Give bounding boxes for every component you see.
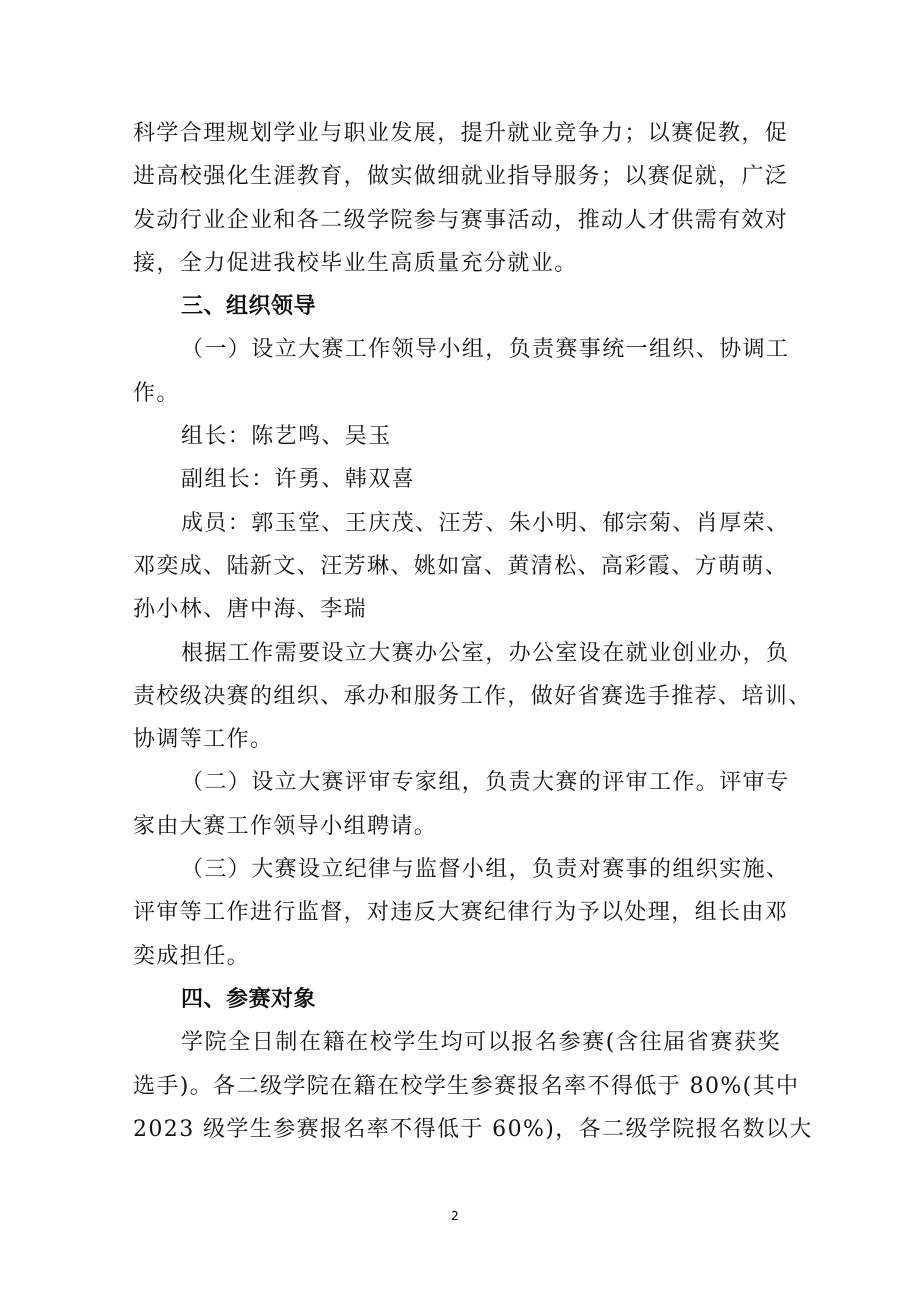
text-line: 进高校强化生涯教育，做实做细就业指导服务；以赛促就，广泛 <box>133 155 781 198</box>
text-line: 根据工作需要设立大赛办公室，办公室设在就业创业办，负 <box>133 632 781 675</box>
text-line: 作。 <box>133 372 781 415</box>
text-line: 选手)。各二级学院在籍在校学生参赛报名率不得低于 80%(其中 <box>133 1065 781 1108</box>
document-page: 科学合理规划学业与职业发展，提升就业竞争力；以赛促教，促 进高校强化生涯教育，做… <box>0 0 920 1302</box>
paragraph-intro-continued: 科学合理规划学业与职业发展，提升就业竞争力；以赛促教，促 进高校强化生涯教育，做… <box>133 112 781 285</box>
text-line: 评审等工作进行监督，对违反大赛纪律行为予以处理，组长由邓 <box>133 891 781 934</box>
text-line: 家由大赛工作领导小组聘请。 <box>133 805 781 848</box>
page-number: 2 <box>0 1209 910 1223</box>
text-line: 邓奕成、陆新文、汪芳琳、姚如富、黄清松、高彩霞、方萌萌、 <box>133 545 781 588</box>
text-line: （二）设立大赛评审专家组，负责大赛的评审工作。评审专 <box>133 761 781 804</box>
paragraph-deputy-leaders: 副组长：许勇、韩双喜 <box>133 458 781 501</box>
paragraph-leadership-group: （一）设立大赛工作领导小组，负责赛事统一组织、协调工 作。 <box>133 328 781 415</box>
text-line: 接，全力促进我校毕业生高质量充分就业。 <box>133 242 781 285</box>
section-heading-organization: 三、组织领导 <box>133 285 781 328</box>
section-heading-participants: 四、参赛对象 <box>133 978 781 1021</box>
text-line: 协调等工作。 <box>133 718 781 761</box>
text-line: （一）设立大赛工作领导小组，负责赛事统一组织、协调工 <box>133 328 781 371</box>
text-line: 学院全日制在籍在校学生均可以报名参赛(含往届省赛获奖 <box>133 1021 781 1064</box>
text-line: （三）大赛设立纪律与监督小组，负责对赛事的组织实施、 <box>133 848 781 891</box>
paragraph-supervision-group: （三）大赛设立纪律与监督小组，负责对赛事的组织实施、 评审等工作进行监督，对违反… <box>133 848 781 978</box>
paragraph-members: 成员：郭玉堂、王庆茂、汪芳、朱小明、郁宗菊、肖厚荣、 邓奕成、陆新文、汪芳琳、姚… <box>133 502 781 632</box>
paragraph-expert-panel: （二）设立大赛评审专家组，负责大赛的评审工作。评审专 家由大赛工作领导小组聘请。 <box>133 761 781 848</box>
document-body: 科学合理规划学业与职业发展，提升就业竞争力；以赛促教，促 进高校强化生涯教育，做… <box>133 112 781 1151</box>
paragraph-leaders: 组长：陈艺鸣、吴玉 <box>133 415 781 458</box>
text-line: 科学合理规划学业与职业发展，提升就业竞争力；以赛促教，促 <box>133 112 781 155</box>
text-line: 责校级决赛的组织、承办和服务工作，做好省赛选手推荐、培训、 <box>133 675 781 718</box>
paragraph-office: 根据工作需要设立大赛办公室，办公室设在就业创业办，负 责校级决赛的组织、承办和服… <box>133 632 781 762</box>
text-line: 孙小林、唐中海、李瑞 <box>133 588 781 631</box>
text-line: 发动行业企业和各二级学院参与赛事活动，推动人才供需有效对 <box>133 199 781 242</box>
text-line: 2023 级学生参赛报名率不得低于 60%)，各二级学院报名数以大 <box>133 1108 781 1151</box>
text-line: 成员：郭玉堂、王庆茂、汪芳、朱小明、郁宗菊、肖厚荣、 <box>133 502 781 545</box>
paragraph-participants: 学院全日制在籍在校学生均可以报名参赛(含往届省赛获奖 选手)。各二级学院在籍在校… <box>133 1021 781 1151</box>
text-line: 奕成担任。 <box>133 935 781 978</box>
